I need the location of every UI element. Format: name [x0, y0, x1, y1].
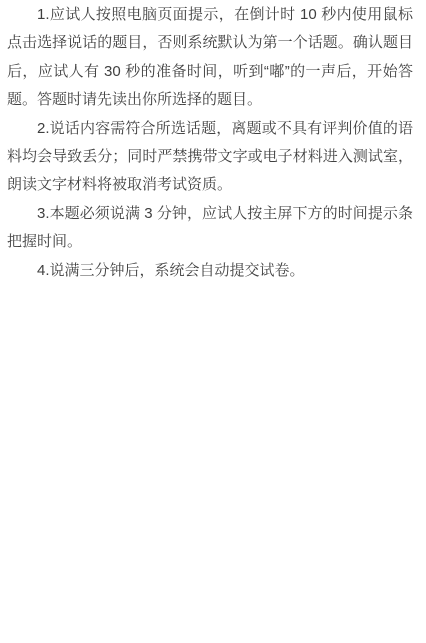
instruction-paragraph-2: 2.说话内容需符合所选话题，离题或不具有评判价值的语料均会导致丢分；同时严禁携带…: [7, 115, 413, 200]
instruction-paragraph-1: 1.应试人按照电脑页面提示，在倒计时 10 秒内使用鼠标点击选择说话的题目，否则…: [7, 1, 413, 115]
instruction-paragraph-3: 3.本题必须说满 3 分钟，应试人按主屏下方的时间提示条把握时间。: [7, 200, 413, 257]
test-instructions-page: 1.应试人按照电脑页面提示，在倒计时 10 秒内使用鼠标点击选择说话的题目，否则…: [0, 0, 426, 285]
instructions-text-block: 1.应试人按照电脑页面提示，在倒计时 10 秒内使用鼠标点击选择说话的题目，否则…: [0, 0, 426, 285]
instruction-paragraph-4: 4.说满三分钟后，系统会自动提交试卷。: [7, 257, 413, 285]
